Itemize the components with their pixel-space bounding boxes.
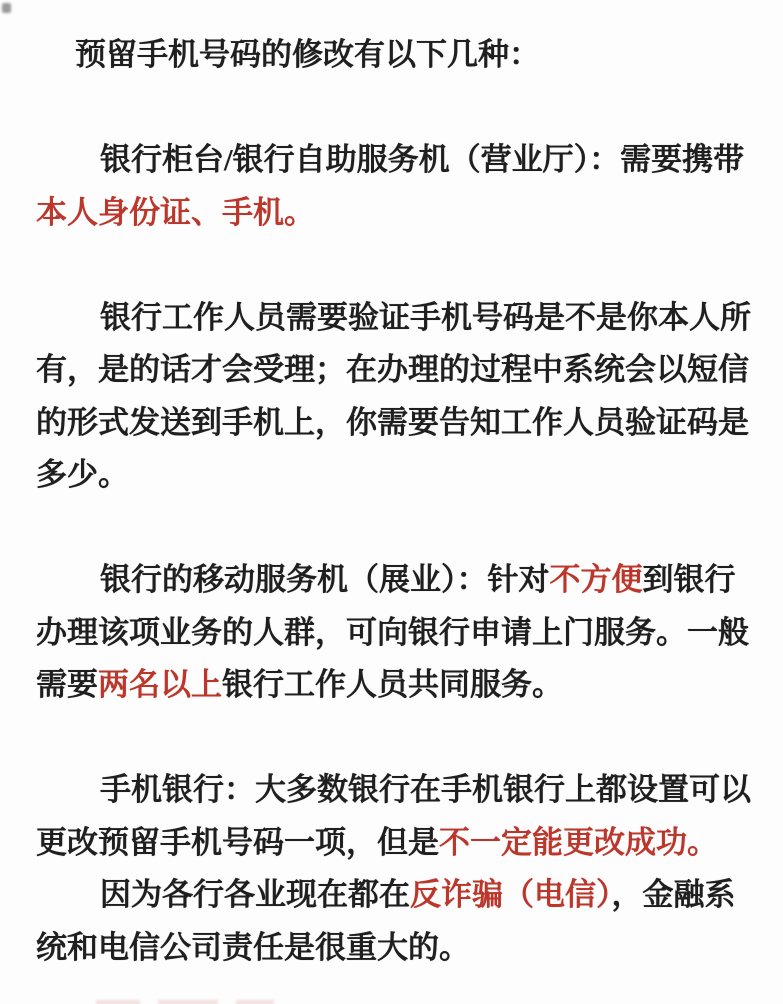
body-text: 更改预留手机号码一项，但是 xyxy=(36,825,439,860)
document-text: 预留手机号码的修改有以下几种： 银行柜台/银行自助服务机（营业厅）：需要携带 本… xyxy=(36,29,750,974)
red-emphasis: 本人身份证、手机。 xyxy=(36,195,315,230)
text-line: 因为各行各业现在都在反诈骗（电信），金融系 xyxy=(36,869,750,922)
text-line: 统和电信公司责任是很重大的。 xyxy=(36,922,750,975)
title-line: 预留手机号码的修改有以下几种： xyxy=(36,29,750,82)
red-emphasis: 反诈骗（电信） xyxy=(410,877,612,912)
text-line: 银行工作人员需要验证手机号码是不是你本人所 xyxy=(36,292,750,345)
body-text: 需要 xyxy=(36,667,98,702)
body-text: 银行柜台/银行自助服务机（营业厅）：需要携带 xyxy=(100,142,744,177)
body-text: 到银行 xyxy=(643,562,736,597)
text-line: 银行柜台/银行自助服务机（营业厅）：需要携带 xyxy=(36,134,750,187)
title-text: 预留手机号码的修改有以下几种： xyxy=(75,37,540,72)
text-line: 的形式发送到手机上，你需要告知工作人员验证码是 xyxy=(36,397,750,450)
body-text: 统和电信公司责任是很重大的。 xyxy=(36,930,470,965)
body-text: 手机银行：大多数银行在手机银行上都设置可以 xyxy=(100,772,751,807)
text-line: 需要两名以上银行工作人员共同服务。 xyxy=(36,659,750,712)
red-emphasis: 两名以上 xyxy=(98,667,222,702)
text-line: 手机银行：大多数银行在手机银行上都设置可以 xyxy=(36,764,750,817)
bottom-cutoff-red-text xyxy=(96,1000,296,1004)
text-line: 办理该项业务的人群，可向银行申请上门服务。一般 xyxy=(36,607,750,660)
text-line: 多少。 xyxy=(36,449,750,502)
body-text: ，金融系 xyxy=(612,877,736,912)
text-line: 银行的移动服务机（展业）：针对不方便到银行 xyxy=(36,554,750,607)
text-line: 有，是的话才会受理；在办理的过程中系统会以短信 xyxy=(36,344,750,397)
body-text: 办理该项业务的人群，可向银行申请上门服务。一般 xyxy=(36,615,749,650)
body-text: 银行工作人员共同服务。 xyxy=(222,667,563,702)
body-text: 因为各行各业现在都在 xyxy=(100,877,410,912)
text-line: 本人身份证、手机。 xyxy=(36,187,750,240)
body-text: 有，是的话才会受理；在办理的过程中系统会以短信 xyxy=(36,352,749,387)
body-text: 的形式发送到手机上，你需要告知工作人员验证码是 xyxy=(36,405,749,440)
document-page: 预留手机号码的修改有以下几种： 银行柜台/银行自助服务机（营业厅）：需要携带 本… xyxy=(0,0,783,1004)
body-text: 银行的移动服务机（展业）：针对 xyxy=(100,562,550,597)
red-emphasis: 不方便 xyxy=(550,562,643,597)
text-line: 更改预留手机号码一项，但是不一定能更改成功。 xyxy=(36,817,750,870)
body-text: 银行工作人员需要验证手机号码是不是你本人所 xyxy=(100,300,751,335)
body-text: 多少。 xyxy=(36,457,129,492)
red-emphasis: 不一定能更改成功。 xyxy=(439,825,718,860)
jpeg-artifact-speck xyxy=(2,3,11,13)
